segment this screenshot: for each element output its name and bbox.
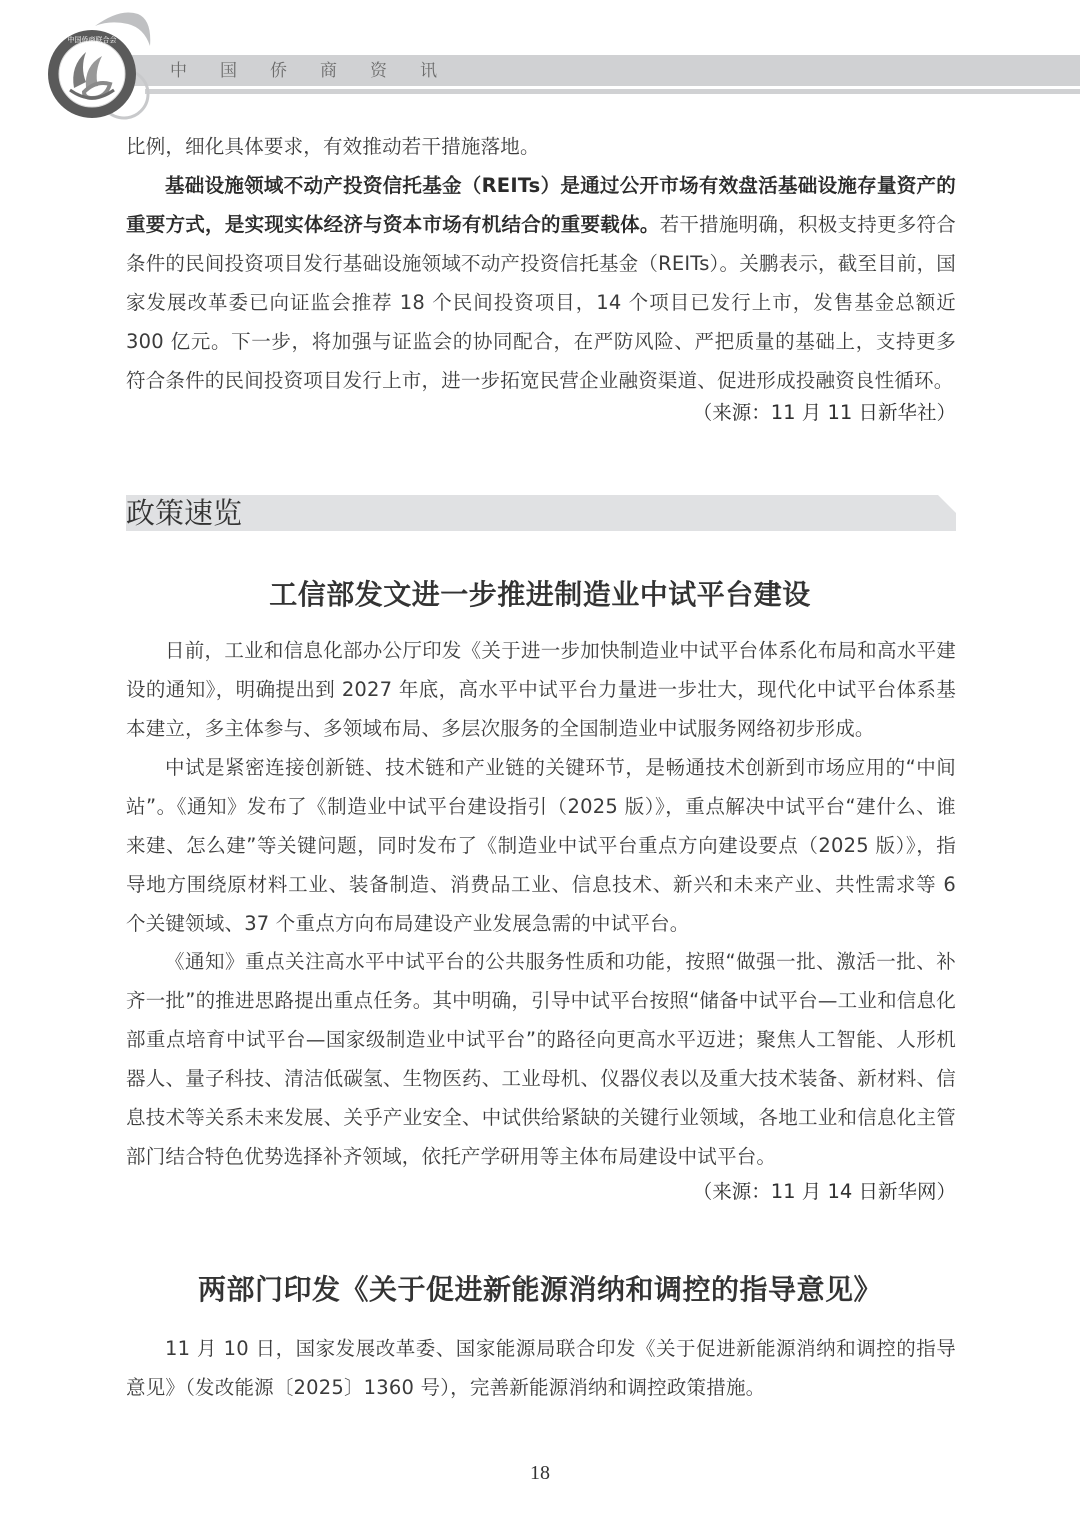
paragraph: 基础设施领域不动产投资信托基金（REITs）是通过公开市场有效盘活基础设施存量资… [126, 166, 956, 400]
article-title: 两部门印发《关于促进新能源消纳和调控的指导意见》 [0, 1268, 1080, 1308]
publication-char: 中 [170, 60, 220, 82]
header-rule [145, 89, 1080, 94]
source-citation: （来源：11 月 11 日新华社） [693, 397, 956, 425]
logo-text: 中国侨商联合会 [68, 35, 117, 44]
article-title: 工信部发文进一步推进制造业中试平台建设 [0, 573, 1080, 613]
paragraph: 《通知》重点关注高水平中试平台的公共服务性质和功能，按照“做强一批、激活一批、补… [126, 942, 956, 1176]
section-title: 政策速览 [126, 493, 242, 533]
publication-title: 中 国 侨 商 资 讯 [170, 60, 470, 82]
publication-char: 资 [370, 60, 420, 82]
publication-char: 讯 [420, 60, 470, 82]
paragraph: 11 月 10 日，国家发展改革委、国家能源局联合印发《关于促进新能源消纳和调控… [126, 1329, 956, 1407]
publication-char: 商 [320, 60, 370, 82]
source-citation: （来源：11 月 14 日新华网） [693, 1176, 956, 1204]
publication-char: 侨 [270, 60, 320, 82]
paragraph-text: 若干措施明确，积极支持更多符合条件的民间投资项目发行基础设施领域不动产投资信托基… [126, 213, 956, 392]
federation-logo-icon: 中国侨商联合会 [40, 6, 160, 124]
page-number: 18 [0, 1462, 1080, 1485]
paragraph: 日前，工业和信息化部办公厅印发《关于进一步加快制造业中试平台体系化布局和高水平建… [126, 631, 956, 748]
section-banner [126, 495, 956, 531]
paragraph: 中试是紧密连接创新链、技术链和产业链的关键环节，是畅通技术创新到市场应用的“中间… [126, 748, 956, 943]
publication-char: 国 [220, 60, 270, 82]
paragraph: 比例，细化具体要求，有效推动若干措施落地。 [126, 127, 956, 166]
